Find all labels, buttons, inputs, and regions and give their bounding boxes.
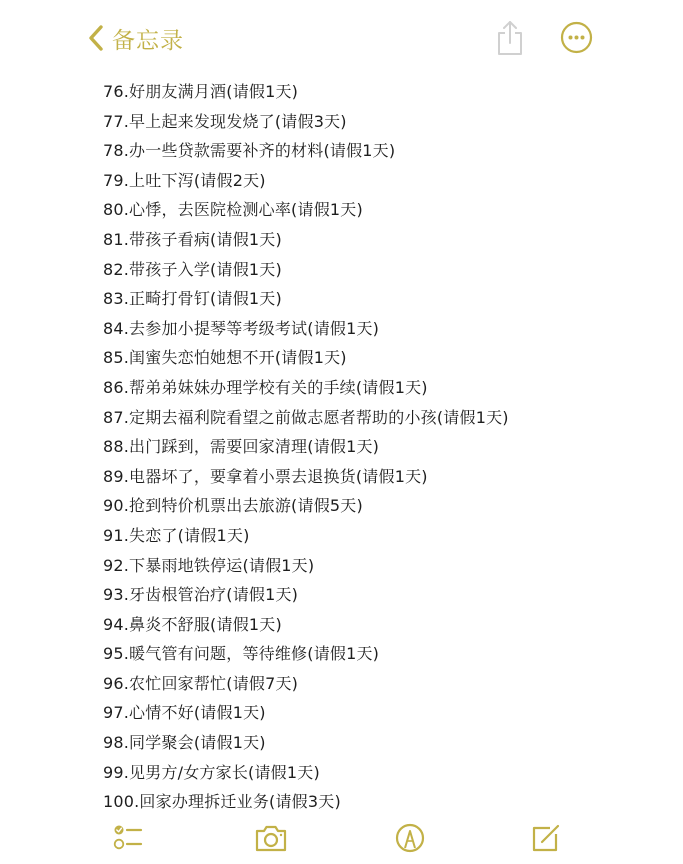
- note-line: 82.带孩子入学(请假1天): [103, 255, 663, 285]
- note-line: 79.上吐下泻(请假2天): [103, 166, 663, 196]
- note-line: 98.同学聚会(请假1天): [103, 728, 663, 758]
- note-line: 95.暖气管有问题，等待维修(请假1天): [103, 639, 663, 669]
- note-line: 90.抢到特价机票出去旅游(请假5天): [103, 491, 663, 521]
- note-line: 99.见男方/女方家长(请假1天): [103, 758, 663, 788]
- back-button[interactable]: 备忘录: [88, 18, 184, 58]
- checklist-button[interactable]: [113, 822, 149, 854]
- note-line: 91.失恋了(请假1天): [103, 521, 663, 551]
- note-line: 76.好朋友满月酒(请假1天): [103, 77, 663, 107]
- compose-icon: [528, 822, 564, 854]
- note-content[interactable]: 76.好朋友满月酒(请假1天) 77.早上起来发现发烧了(请假3天) 78.办一…: [103, 77, 663, 817]
- camera-icon: [253, 822, 289, 854]
- note-line: 89.电器坏了，要拿着小票去退换货(请假1天): [103, 462, 663, 492]
- note-line: 86.帮弟弟妹妹办理学校有关的手续(请假1天): [103, 373, 663, 403]
- note-line: 96.农忙回家帮忙(请假7天): [103, 669, 663, 699]
- note-line: 78.办一些贷款需要补齐的材料(请假1天): [103, 136, 663, 166]
- bottom-toolbar: [0, 812, 683, 864]
- more-options-button[interactable]: [560, 21, 593, 54]
- note-line: 80.心悸，去医院检测心率(请假1天): [103, 195, 663, 225]
- compose-button[interactable]: [528, 822, 564, 854]
- camera-button[interactable]: [253, 822, 289, 854]
- note-line: 85.闺蜜失恋怕她想不开(请假1天): [103, 343, 663, 373]
- note-line: 77.早上起来发现发烧了(请假3天): [103, 107, 663, 137]
- chevron-left-icon: [88, 24, 104, 52]
- ellipsis-circle-icon: [560, 39, 593, 58]
- navigation-bar: 备忘录: [0, 0, 683, 72]
- markup-pen-icon: [392, 822, 428, 854]
- checklist-icon: [113, 822, 149, 854]
- markup-button[interactable]: [392, 822, 428, 854]
- note-line: 92.下暴雨地铁停运(请假1天): [103, 551, 663, 581]
- back-label: 备忘录: [112, 22, 184, 55]
- note-line: 84.去参加小提琴等考级考试(请假1天): [103, 314, 663, 344]
- note-line: 94.鼻炎不舒服(请假1天): [103, 610, 663, 640]
- note-line: 87.定期去福利院看望之前做志愿者帮助的小孩(请假1天): [103, 403, 663, 433]
- note-line: 83.正畸打骨钉(请假1天): [103, 284, 663, 314]
- share-icon: [494, 43, 526, 62]
- note-line: 81.带孩子看病(请假1天): [103, 225, 663, 255]
- note-line: 93.牙齿根管治疗(请假1天): [103, 580, 663, 610]
- note-line: 88.出门踩到，需要回家清理(请假1天): [103, 432, 663, 462]
- share-button[interactable]: [494, 18, 526, 58]
- note-line: 97.心情不好(请假1天): [103, 698, 663, 728]
